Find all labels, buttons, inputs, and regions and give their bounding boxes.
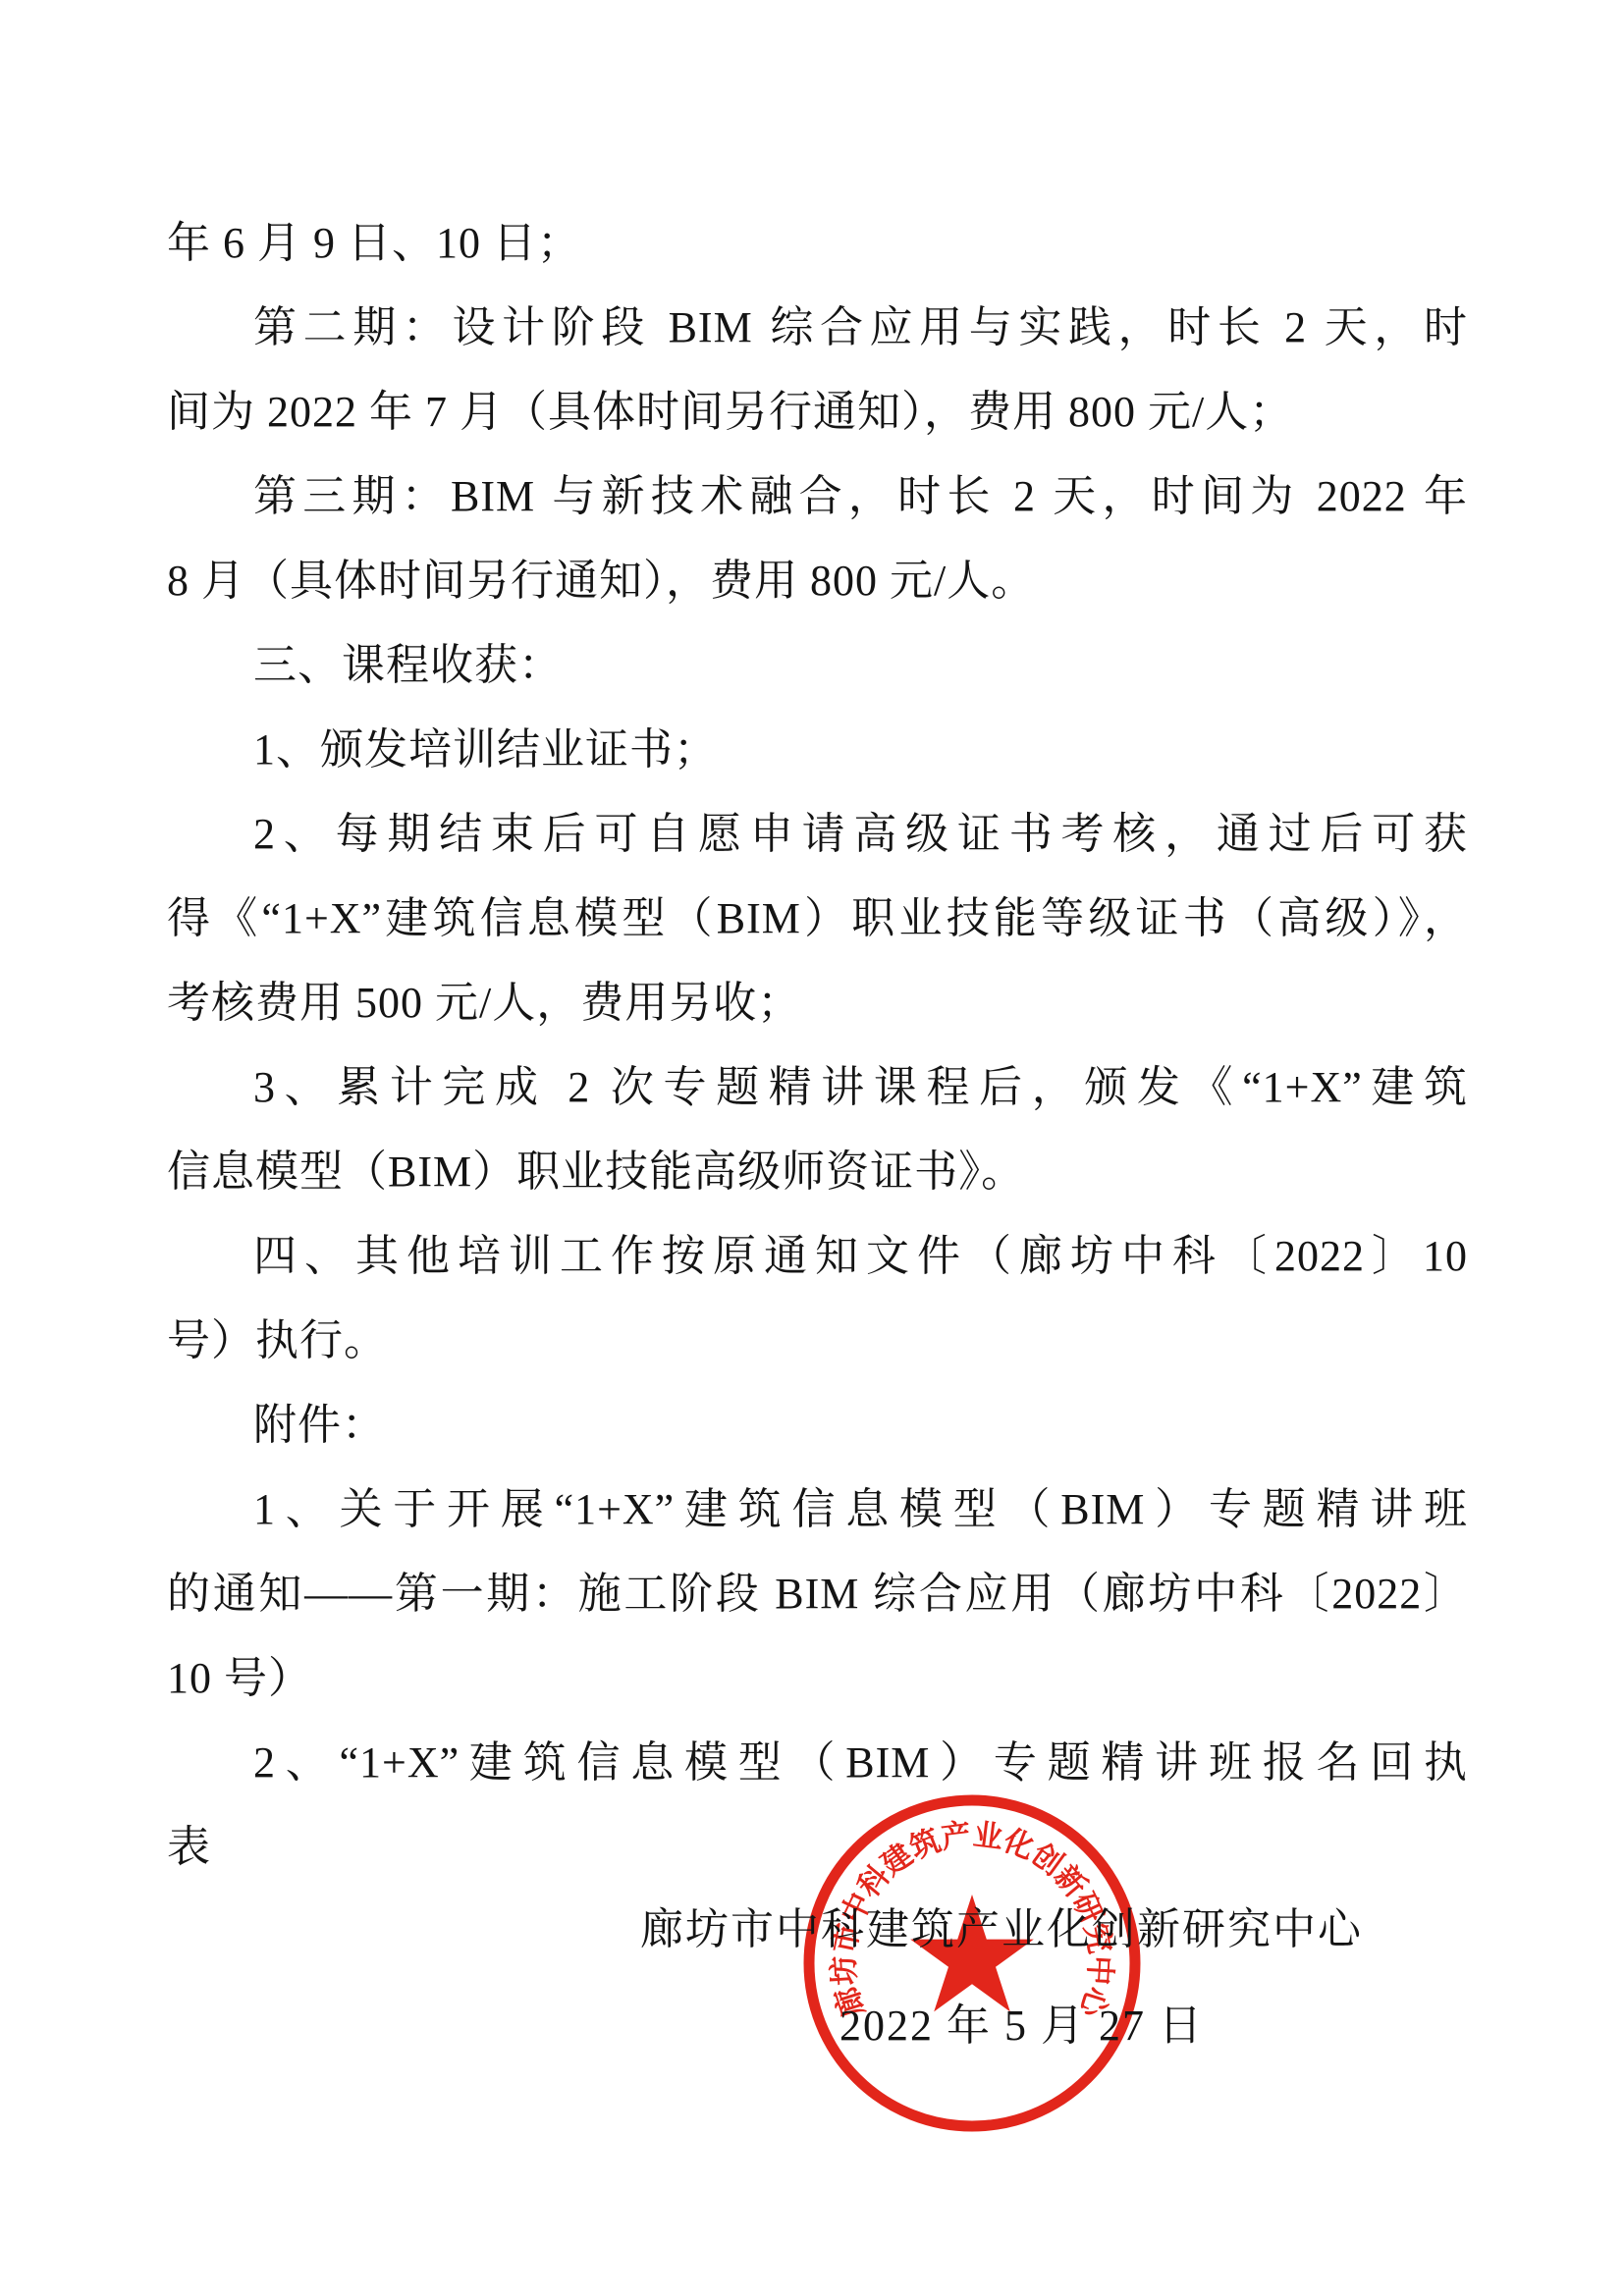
text-line: 1、关于开展“1+X”建筑信息模型（BIM）专题精讲班 bbox=[167, 1468, 1468, 1552]
issue-date: 2022 年 5 月 27 日 bbox=[839, 1997, 1204, 2056]
text-line: 四、其他培训工作按原通知文件（廊坊中科〔2022〕10 bbox=[167, 1214, 1468, 1299]
text-line: 得《“1+X”建筑信息模型（BIM）职业技能等级证书（高级）》， bbox=[167, 877, 1468, 961]
text-line: 8 月（具体时间另行通知），费用 800 元/人。 bbox=[167, 539, 1468, 623]
issuer-signature: 廊坊市中科建筑产业化创新研究中心 bbox=[640, 1900, 1363, 1959]
text-line: 1、颁发培训结业证书； bbox=[167, 708, 1468, 792]
text-line: 考核费用 500 元/人，费用另收； bbox=[167, 961, 1468, 1045]
text-line: 3、累计完成 2 次专题精讲课程后，颁发《“1+X”建筑 bbox=[167, 1045, 1468, 1130]
text-line: 间为 2022 年 7 月（具体时间另行通知），费用 800 元/人； bbox=[167, 370, 1468, 454]
text-line: 的通知——第一期：施工阶段 BIM 综合应用（廊坊中科〔2022〕 bbox=[167, 1552, 1468, 1636]
stamp-graphic: 廊坊市中科建筑产业化创新研究中心 bbox=[803, 1794, 1141, 2132]
text-line: 年 6 月 9 日、10 日； bbox=[167, 201, 1468, 286]
text-line: 2、“1+X”建筑信息模型（BIM）专题精讲班报名回执 bbox=[167, 1721, 1468, 1805]
text-line: 第三期：BIM 与新技术融合，时长 2 天，时间为 2022 年 bbox=[167, 454, 1468, 539]
text-line: 信息模型（BIM）职业技能高级师资证书》。 bbox=[167, 1130, 1468, 1214]
official-stamp: 廊坊市中科建筑产业化创新研究中心 bbox=[803, 1794, 1141, 2132]
text-line: 附件： bbox=[167, 1383, 1468, 1468]
text-line: 10 号） bbox=[167, 1636, 1468, 1721]
document-body: 年 6 月 9 日、10 日； 第二期：设计阶段 BIM 综合应用与实践，时长 … bbox=[167, 201, 1468, 1890]
text-line: 三、课程收获： bbox=[167, 623, 1468, 708]
text-line: 第二期：设计阶段 BIM 综合应用与实践，时长 2 天，时 bbox=[167, 286, 1468, 370]
text-line: 号）执行。 bbox=[167, 1299, 1468, 1383]
document-page: 廊坊市中科建筑产业化创新研究中心 年 6 月 9 日、10 日； 第二期：设计阶… bbox=[0, 0, 1624, 2296]
text-line: 2、每期结束后可自愿申请高级证书考核，通过后可获 bbox=[167, 792, 1468, 877]
